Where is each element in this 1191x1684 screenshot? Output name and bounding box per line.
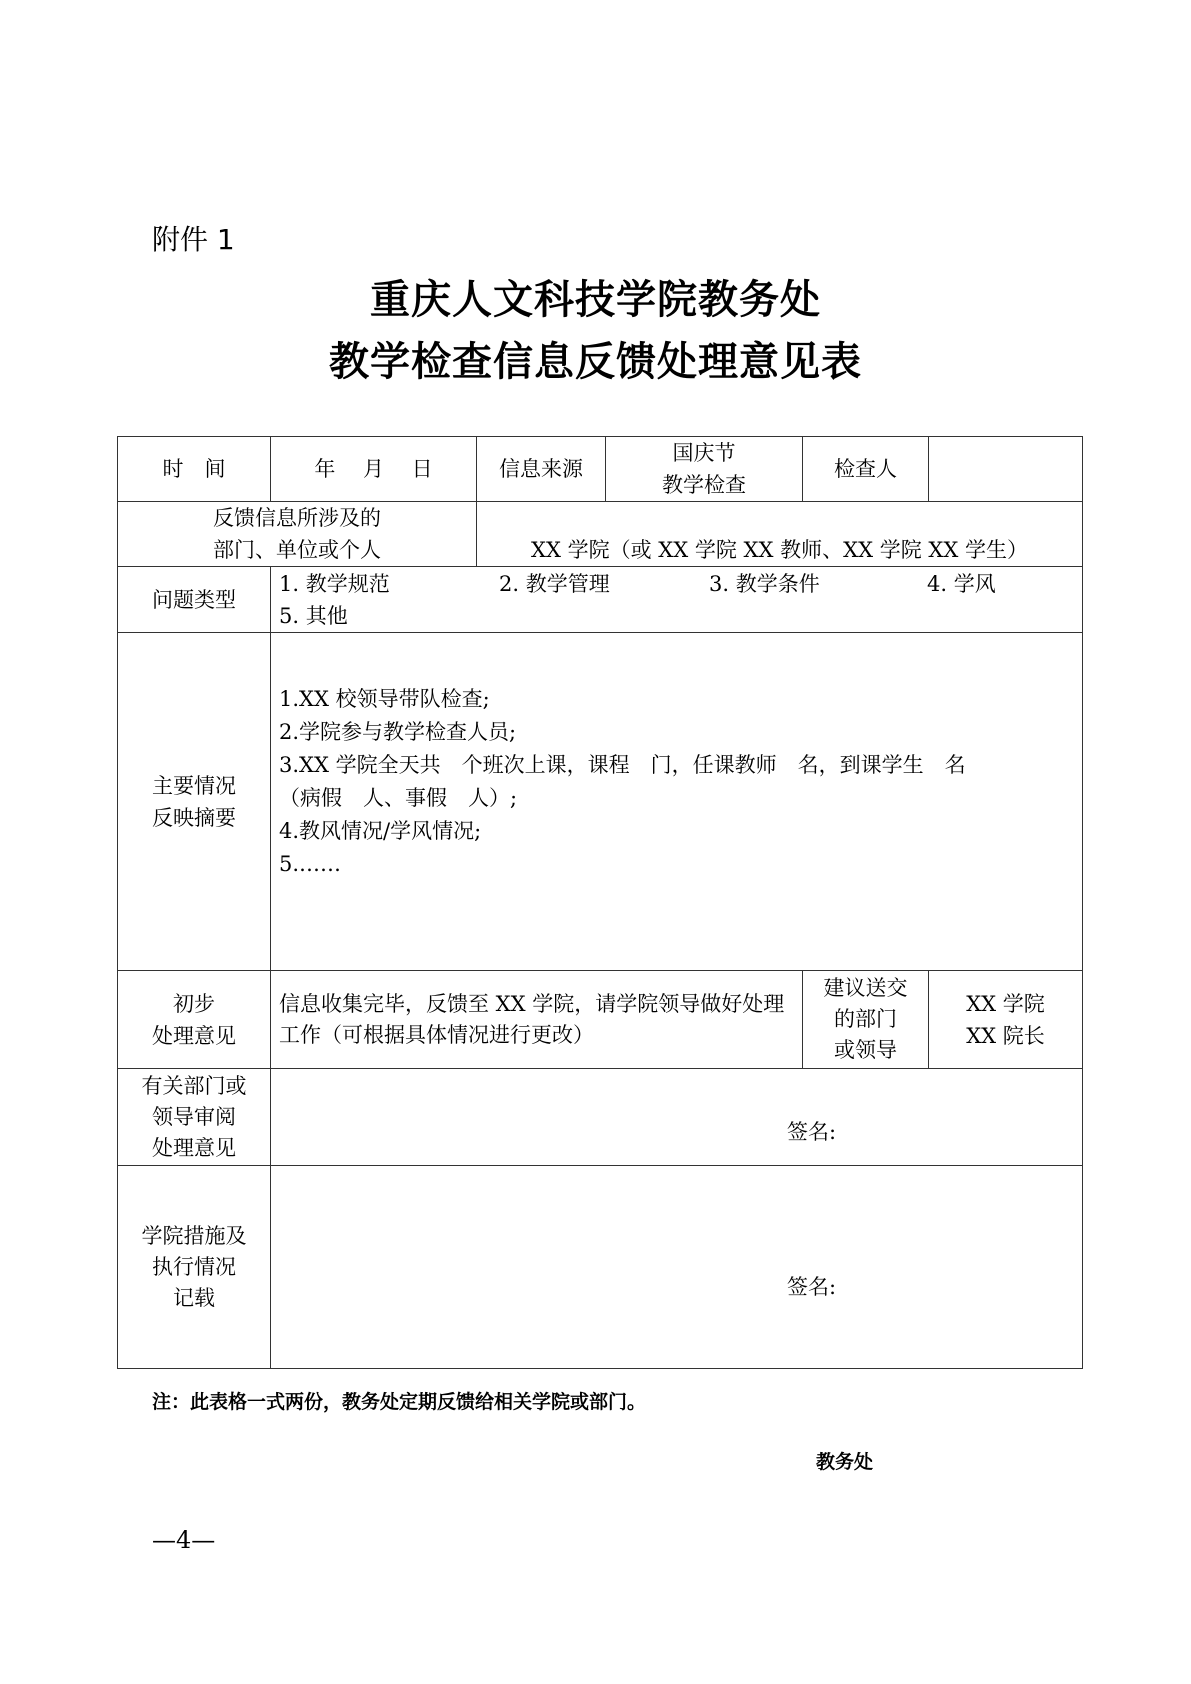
summary-line: 2.学院参与教学检查人员; bbox=[279, 716, 1074, 749]
preliminary-label-line2: 处理意见 bbox=[126, 1020, 262, 1052]
problem-option-2[interactable]: 2. 教学管理 bbox=[499, 568, 709, 600]
measures-label: 学院措施及 执行情况 记载 bbox=[118, 1166, 271, 1369]
problem-option-4[interactable]: 4. 学风 bbox=[927, 572, 996, 596]
recommend-label-line1: 建议送交 bbox=[811, 973, 920, 1004]
summary-line: 4.教风情况/学风情况; bbox=[279, 815, 1074, 848]
recommend-label-line2: 的部门 bbox=[811, 1004, 920, 1035]
preliminary-opinion[interactable]: 信息收集完毕，反馈至 XX 学院，请学院领导做好处理工作（可根据具体情况进行更改… bbox=[271, 971, 803, 1069]
department-label-line1: 反馈信息所涉及的 bbox=[126, 502, 468, 534]
feedback-form-table: 时 间 年 月 日 信息来源 国庆节 教学检查 检查人 反馈信息所涉及的 部门、… bbox=[117, 436, 1083, 1369]
source-value[interactable]: 国庆节 教学检查 bbox=[606, 437, 803, 502]
source-value-line1: 国庆节 bbox=[614, 437, 794, 469]
review-label-line3: 处理意见 bbox=[126, 1133, 262, 1164]
summary-line: （病假 人、事假 人）; bbox=[279, 782, 1074, 815]
department-label: 反馈信息所涉及的 部门、单位或个人 bbox=[118, 502, 477, 567]
issuing-office: 教务处 bbox=[816, 1447, 873, 1474]
source-label: 信息来源 bbox=[477, 437, 606, 502]
summary-line: 5.…… bbox=[279, 848, 1074, 881]
problem-type-options: 1. 教学规范2. 教学管理3. 教学条件4. 学风 5. 其他 bbox=[271, 567, 1083, 633]
page-number: —4— bbox=[152, 1526, 215, 1554]
preliminary-label: 初步 处理意见 bbox=[118, 971, 271, 1069]
recommend-label-line3: 或领导 bbox=[811, 1035, 920, 1066]
measures-label-line3: 记载 bbox=[126, 1283, 262, 1314]
date-field[interactable]: 年 月 日 bbox=[271, 437, 477, 502]
measures-content[interactable]: 签名: bbox=[271, 1166, 1083, 1369]
problem-option-5[interactable]: 5. 其他 bbox=[279, 600, 1074, 632]
recommend-value-line1: XX 学院 bbox=[937, 988, 1074, 1020]
review-label-line1: 有关部门或 bbox=[126, 1071, 262, 1102]
title-line-1: 重庆人文科技学院教务处 bbox=[0, 268, 1191, 325]
recommend-label: 建议送交 的部门 或领导 bbox=[803, 971, 929, 1069]
summary-line: 3.XX 学院全天共 个班次上课，课程 门，任课教师 名，到课学生 名 bbox=[279, 749, 1074, 782]
review-label: 有关部门或 领导审阅 处理意见 bbox=[118, 1069, 271, 1166]
department-value[interactable]: XX 学院（或 XX 学院 XX 教师、XX 学院 XX 学生） bbox=[477, 502, 1083, 567]
row-department: 反馈信息所涉及的 部门、单位或个人 XX 学院（或 XX 学院 XX 教师、XX… bbox=[118, 502, 1083, 567]
recommend-value-line2: XX 院长 bbox=[937, 1020, 1074, 1052]
summary-label-line1: 主要情况 bbox=[126, 770, 262, 802]
row-problem-type: 问题类型 1. 教学规范2. 教学管理3. 教学条件4. 学风 5. 其他 bbox=[118, 567, 1083, 633]
summary-line: 1.XX 校领导带队检查; bbox=[279, 683, 1074, 716]
problem-type-label: 问题类型 bbox=[118, 567, 271, 633]
preliminary-label-line1: 初步 bbox=[126, 988, 262, 1020]
row-time: 时 间 年 月 日 信息来源 国庆节 教学检查 检查人 bbox=[118, 437, 1083, 502]
summary-label-line2: 反映摘要 bbox=[126, 802, 262, 834]
title-line-2: 教学检查信息反馈处理意见表 bbox=[0, 330, 1191, 387]
problem-option-1[interactable]: 1. 教学规范 bbox=[279, 568, 499, 600]
time-label: 时 间 bbox=[118, 437, 271, 502]
source-value-line2: 教学检查 bbox=[614, 469, 794, 501]
inspector-label: 检查人 bbox=[803, 437, 929, 502]
recommend-value[interactable]: XX 学院 XX 院长 bbox=[929, 971, 1083, 1069]
footnote: 注：此表格一式两份，教务处定期反馈给相关学院或部门。 bbox=[152, 1387, 646, 1414]
measures-label-line1: 学院措施及 bbox=[126, 1221, 262, 1252]
review-content[interactable]: 签名: bbox=[271, 1069, 1083, 1166]
review-label-line2: 领导审阅 bbox=[126, 1102, 262, 1133]
row-preliminary: 初步 处理意见 信息收集完毕，反馈至 XX 学院，请学院领导做好处理工作（可根据… bbox=[118, 971, 1083, 1069]
summary-label: 主要情况 反映摘要 bbox=[118, 633, 271, 971]
department-label-line2: 部门、单位或个人 bbox=[126, 534, 468, 566]
measures-signature-label: 签名: bbox=[787, 1275, 836, 1299]
inspector-field[interactable] bbox=[929, 437, 1083, 502]
summary-content[interactable]: 1.XX 校领导带队检查; 2.学院参与教学检查人员; 3.XX 学院全天共 个… bbox=[271, 633, 1083, 971]
review-signature-label: 签名: bbox=[787, 1120, 836, 1144]
attachment-label: 附件 1 bbox=[152, 218, 235, 258]
row-review: 有关部门或 领导审阅 处理意见 签名: bbox=[118, 1069, 1083, 1166]
problem-option-3[interactable]: 3. 教学条件 bbox=[709, 568, 927, 600]
row-measures: 学院措施及 执行情况 记载 签名: bbox=[118, 1166, 1083, 1369]
measures-label-line2: 执行情况 bbox=[126, 1252, 262, 1283]
row-summary: 主要情况 反映摘要 1.XX 校领导带队检查; 2.学院参与教学检查人员; 3.… bbox=[118, 633, 1083, 971]
